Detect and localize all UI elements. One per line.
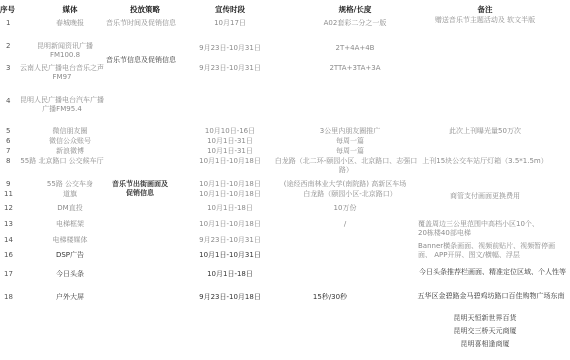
row-spec: 每周一篇 — [285, 137, 415, 146]
row-seq: 16 — [4, 251, 13, 260]
row-spec: 2TTA+3TA+3A — [290, 64, 420, 73]
row-note: 商管支付画面更换费用 — [400, 192, 570, 201]
row-period: 10月1日-18日 — [180, 270, 280, 279]
row-media: 昆明人民广播电台汽车广播广播FM95.4 — [20, 96, 104, 114]
row-media: 电梯楼媒体 — [20, 236, 120, 245]
row-seq: 6 — [6, 137, 10, 146]
row-period: 10月17日 — [180, 19, 280, 28]
row-media: 今日头条 — [20, 270, 120, 279]
row-media: 昆明新闻资讯广播FM100.8 — [25, 42, 105, 60]
row-seq: 4 — [6, 97, 10, 106]
header-note: 备注 — [400, 5, 570, 14]
row-media: 新浪微博 — [20, 147, 120, 156]
row-spec: 2T+4A+4B — [290, 44, 420, 53]
row-seq: 12 — [4, 204, 13, 213]
row-media: 户外大屏 — [20, 293, 120, 302]
row-note: 今日头条推荐栏画面、精准定位区域、个人性等 — [415, 268, 570, 277]
row-period: 10月1日-31日 — [180, 137, 280, 146]
row-media: 55路 公交车身 — [20, 180, 120, 189]
row-media: DSP广告 — [20, 251, 120, 260]
row-media: 电梯框架 — [20, 220, 120, 229]
header-seq: 序号 — [0, 5, 18, 14]
row-note: 五华区金碧路金马碧鸡坊路口百佳购物广场东南 — [412, 292, 570, 301]
row-media: 道旗 — [20, 190, 120, 199]
row-period: 10月1日-10月18日 — [180, 190, 280, 199]
row-spec: / — [280, 220, 410, 229]
row-strategy: 音乐节信息及促销信息 — [103, 56, 179, 65]
row-seq: 3 — [6, 64, 10, 73]
row-seq: 1 — [6, 19, 10, 28]
row-note: 上刊15块公交车站厅灯箱（3.5*1.5m） — [400, 157, 570, 166]
row-seq: 17 — [4, 270, 13, 279]
row-period: 10月1日-10月31日 — [180, 251, 280, 260]
extra-note: 昆明天恒新世界百货 — [400, 314, 570, 323]
row-seq: 8 — [6, 157, 10, 166]
row-seq: 5 — [6, 127, 10, 136]
row-note: 此次上刊曝光量50万次 — [400, 127, 570, 136]
row-period: 10月10日-16日 — [180, 127, 280, 136]
row-media: 微信朋友圈 — [20, 127, 120, 136]
header-strategy: 投放策略 — [100, 5, 190, 14]
row-seq: 7 — [6, 147, 10, 156]
row-spec: 15秒/30秒 — [265, 293, 395, 302]
row-spec: (途经西南林业大学(南院路) 高新区车场 — [270, 180, 420, 189]
row-period: 9月23日-10月31日 — [180, 236, 280, 245]
row-spec: 10万份 — [280, 204, 410, 213]
row-period: 10月1日-18日 — [180, 204, 280, 213]
row-strategy: 音乐节时间及促销信息 — [103, 19, 179, 28]
extra-note: 昆明交三桥天元商厦 — [400, 327, 570, 336]
row-seq: 18 — [4, 293, 13, 302]
row-seq: 9 — [6, 180, 10, 189]
row-spec: 每周一篇 — [285, 147, 415, 156]
row-note: 覆盖周边三公里范围中高档小区10个、20栋楼40部电梯 — [418, 220, 543, 238]
row-seq: 14 — [4, 236, 13, 245]
header-period: 宣传时段 — [180, 5, 280, 14]
extra-note: 昆明喜相逢商厦 — [400, 340, 570, 349]
row-media: 微信公众账号 — [20, 137, 120, 146]
row-spec: 3公里内朋友圈推广 — [285, 127, 415, 136]
row-period: 10月1日-31日 — [180, 147, 280, 156]
row-note: 赠送音乐节主题活动及 软文半版 — [400, 16, 570, 25]
row-period: 10月1日-10月18日 — [180, 157, 280, 166]
row-period: 9月23日-10月31日 — [180, 64, 280, 73]
row-period: 10月1日-10月18日 — [180, 180, 280, 189]
row-period: 9月23日-10月31日 — [180, 44, 280, 53]
row-media: 55路 北京路口 公交候车厅 — [20, 157, 104, 166]
row-media: 云南人民广播电台音乐之声 FM97 — [20, 64, 104, 82]
row-seq: 2 — [6, 42, 10, 51]
row-media: DM直投 — [20, 204, 120, 213]
row-period: 10月1日-10月18日 — [180, 220, 280, 229]
row-note: Banner横条画面、视频前贴片、视频暂停画面、 APP开屏、图文/横幅、浮层 — [418, 242, 568, 260]
row-seq: 13 — [4, 220, 13, 229]
row-spec: 白龙路（颐园小区-北京路口） — [280, 190, 420, 199]
row-seq: 11 — [4, 190, 13, 199]
